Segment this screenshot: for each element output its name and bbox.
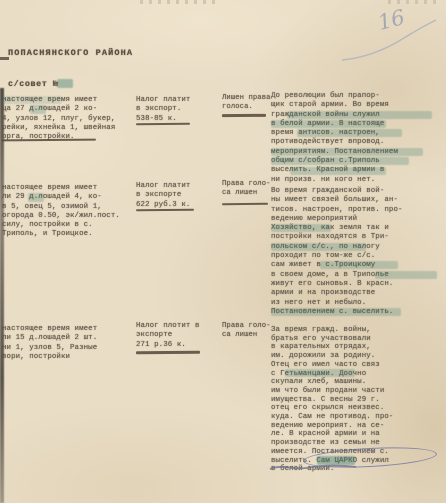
ink-underline (136, 351, 200, 355)
marker-smudge (271, 120, 386, 128)
tax-cell: Налог платит в экспорт. 538-85 к. (136, 96, 222, 124)
pencil-flourish-stroke (336, 18, 440, 64)
tax-cell: Налог плотит в экспорте 271 р.36 к. (136, 322, 222, 350)
pen-wavy-underline (268, 460, 360, 474)
council-line: с/совет № (8, 79, 59, 89)
marker-smudge (297, 129, 402, 137)
marker-smudge (287, 111, 432, 119)
top-edge-specks (140, 0, 220, 4)
tax-cell: Налог платит в экспорте 622 руб.3 к. (136, 182, 222, 210)
voting-rights-cell: Лишен права голоса. (222, 94, 272, 113)
marker-smudge (375, 271, 437, 279)
ink-underline (136, 209, 194, 212)
marker-smudge (271, 243, 366, 251)
marker-smudge (28, 193, 44, 202)
marker-smudge (271, 308, 401, 316)
ink-underline (222, 203, 268, 205)
marker-smudge (290, 167, 386, 175)
marker-smudge (57, 79, 73, 88)
ink-underline (222, 114, 266, 117)
marker-smudge (285, 369, 355, 377)
district-header: ПОПАСНЯНСКОГО РАЙОНА (8, 48, 133, 58)
marker-smudge (271, 224, 331, 232)
marker-smudge (30, 105, 46, 114)
property-cell: настоящее время имеет ли 29 д.лошадей 4,… (2, 184, 134, 240)
voting-rights-cell: Права голо- са лишен (222, 322, 272, 341)
voting-rights-cell: Права голо- са лишен (222, 180, 272, 199)
marker-smudge (320, 261, 398, 269)
top-edge-specks (388, 0, 442, 4)
scanned-document-page: 16 ПОПАСНЯНСКОГО РАЙОНА с/совет № настоя… (0, 0, 446, 503)
ink-underline (136, 123, 190, 125)
marker-smudge (2, 96, 62, 104)
marker-smudge (271, 148, 423, 156)
details-cell: Во время гражданской вой- ны имеет связе… (271, 187, 446, 317)
property-cell: настоящее время имеет ли 15 д.лошадей 2 … (2, 325, 134, 362)
marker-smudge (271, 157, 409, 165)
scan-edge-shadow (0, 88, 4, 503)
